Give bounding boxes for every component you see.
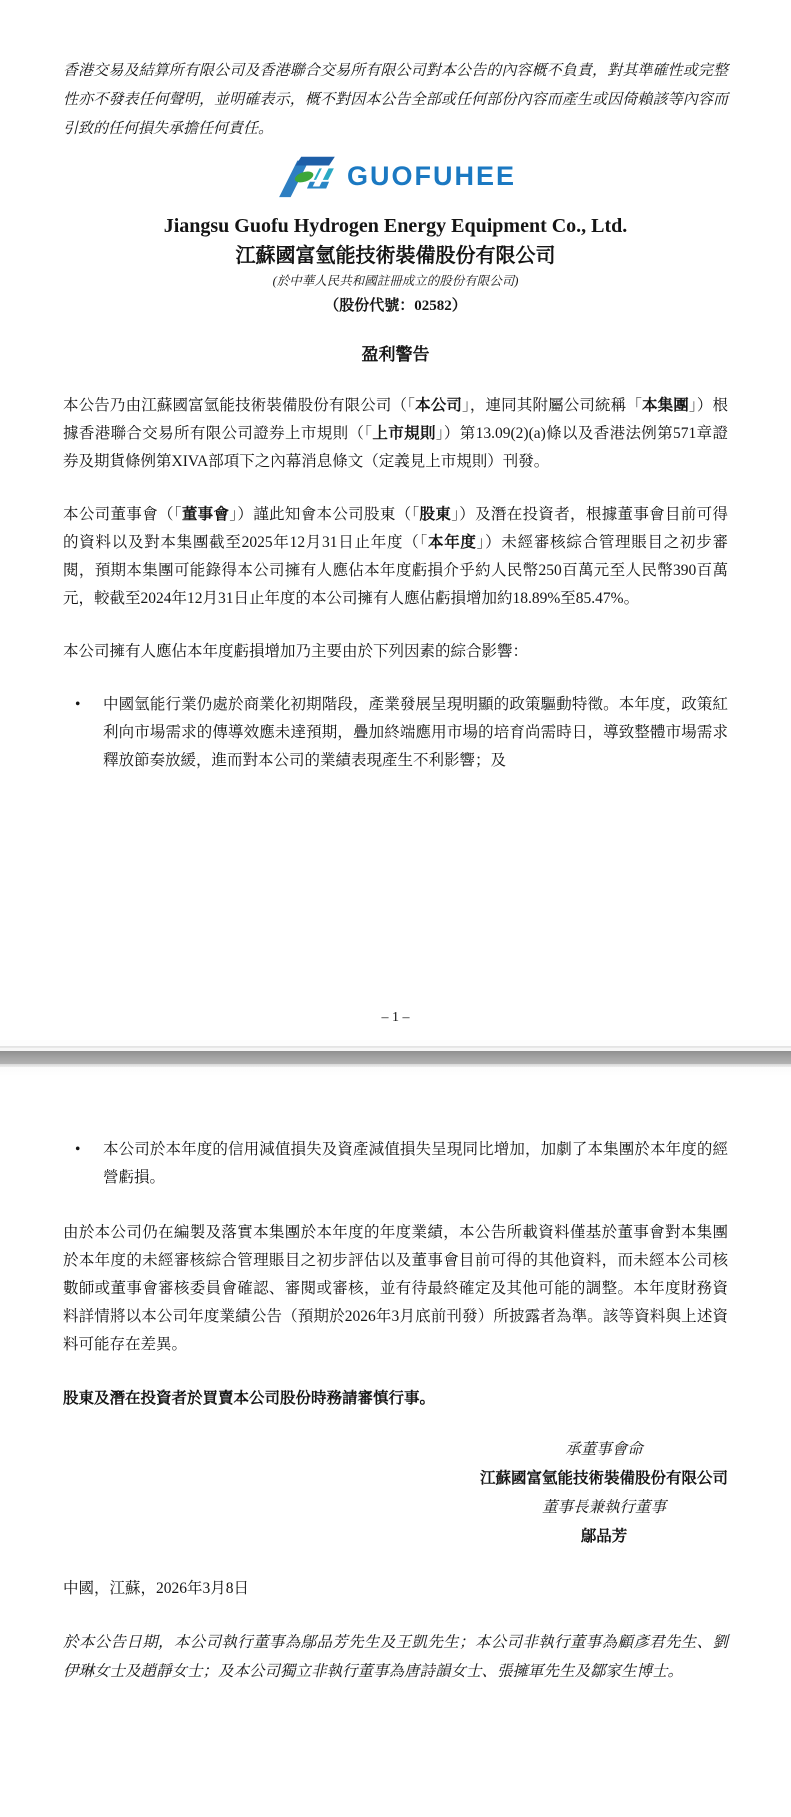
profit-warning-paragraph: 本公司董事會（「董事會」）謹此知會本公司股東（「股東」）及潛在投資者，根據董事會… bbox=[63, 501, 728, 613]
reason-bullet-1-text: 中國氫能行業仍處於商業化初期階段，產業發展呈現明顯的政策驅動特徵。本年度，政策紅… bbox=[103, 691, 728, 775]
announcement-page-2: • 本公司於本年度的信用減值損失及資產減值損失呈現同比增加，加劇了本集團於本年度… bbox=[0, 1076, 791, 1817]
bullet-marker-icon: • bbox=[63, 1136, 103, 1192]
announcement-title: 盈利警告 bbox=[63, 343, 728, 367]
directors-note: 於本公告日期，本公司執行董事為鄔品芳先生及王凱先生；本公司非執行董事為顧彥君先生… bbox=[63, 1628, 728, 1686]
date-location-line: 中國，江蘇，2026年3月8日 bbox=[63, 1575, 728, 1603]
page-separator bbox=[0, 1040, 791, 1076]
company-name-chinese: 江蘇國富氫能技術裝備股份有限公司 bbox=[63, 243, 728, 270]
reasons-intro: 本公司擁有人應佔本年度虧損增加乃主要由於下列因素的綜合影響： bbox=[63, 638, 728, 666]
company-logo: GUOFUHEE bbox=[63, 152, 728, 205]
company-name-english: Jiangsu Guofu Hydrogen Energy Equipment … bbox=[63, 213, 728, 239]
signoff-role: 董事長兼執行董事 bbox=[542, 1493, 666, 1522]
caution-statement: 股東及潛在投資者於買賣本公司股份時務請審慎行事。 bbox=[63, 1385, 728, 1413]
reason-bullet-2: • 本公司於本年度的信用減值損失及資產減值損失呈現同比增加，加劇了本集團於本年度… bbox=[63, 1136, 728, 1192]
guofuhee-logo-icon bbox=[275, 152, 337, 200]
basis-paragraph: 由於本公司仍在編製及落實本集團於本年度的年度業績，本公告所載資料僅基於董事會對本… bbox=[63, 1219, 728, 1359]
page-number: – 1 – bbox=[0, 1010, 791, 1026]
logo-wordmark: GUOFUHEE bbox=[347, 161, 516, 192]
signoff-name: 鄔品芳 bbox=[581, 1522, 628, 1551]
exchange-disclaimer: 香港交易及結算所有限公司及香港聯合交易所有限公司對本公告的內容概不負責，對其準確… bbox=[63, 57, 728, 144]
reason-bullet-1: • 中國氫能行業仍處於商業化初期階段，產業發展呈現明顯的政策驅動特徵。本年度，政… bbox=[63, 691, 728, 775]
reason-bullet-2-text: 本公司於本年度的信用減值損失及資產減值損失呈現同比增加，加劇了本集團於本年度的經… bbox=[103, 1136, 728, 1192]
incorporation-note: (於中華人民共和國註冊成立的股份有限公司) bbox=[63, 273, 728, 290]
announcement-page-1: 香港交易及結算所有限公司及香港聯合交易所有限公司對本公告的內容概不負責，對其準確… bbox=[0, 0, 791, 1040]
signoff-block: 承董事會命 江蘇國富氫能技術裝備股份有限公司 董事長兼執行董事 鄔品芳 bbox=[480, 1435, 728, 1551]
signoff-by-order: 承董事會命 bbox=[565, 1435, 643, 1464]
signoff-company: 江蘇國富氫能技術裝備股份有限公司 bbox=[480, 1464, 728, 1493]
bullet-marker-icon: • bbox=[63, 691, 103, 775]
intro-paragraph: 本公告乃由江蘇國富氫能技術裝備股份有限公司（「本公司」，連同其附屬公司統稱「本集… bbox=[63, 392, 728, 476]
stock-code: （股份代號：02582） bbox=[63, 296, 728, 317]
